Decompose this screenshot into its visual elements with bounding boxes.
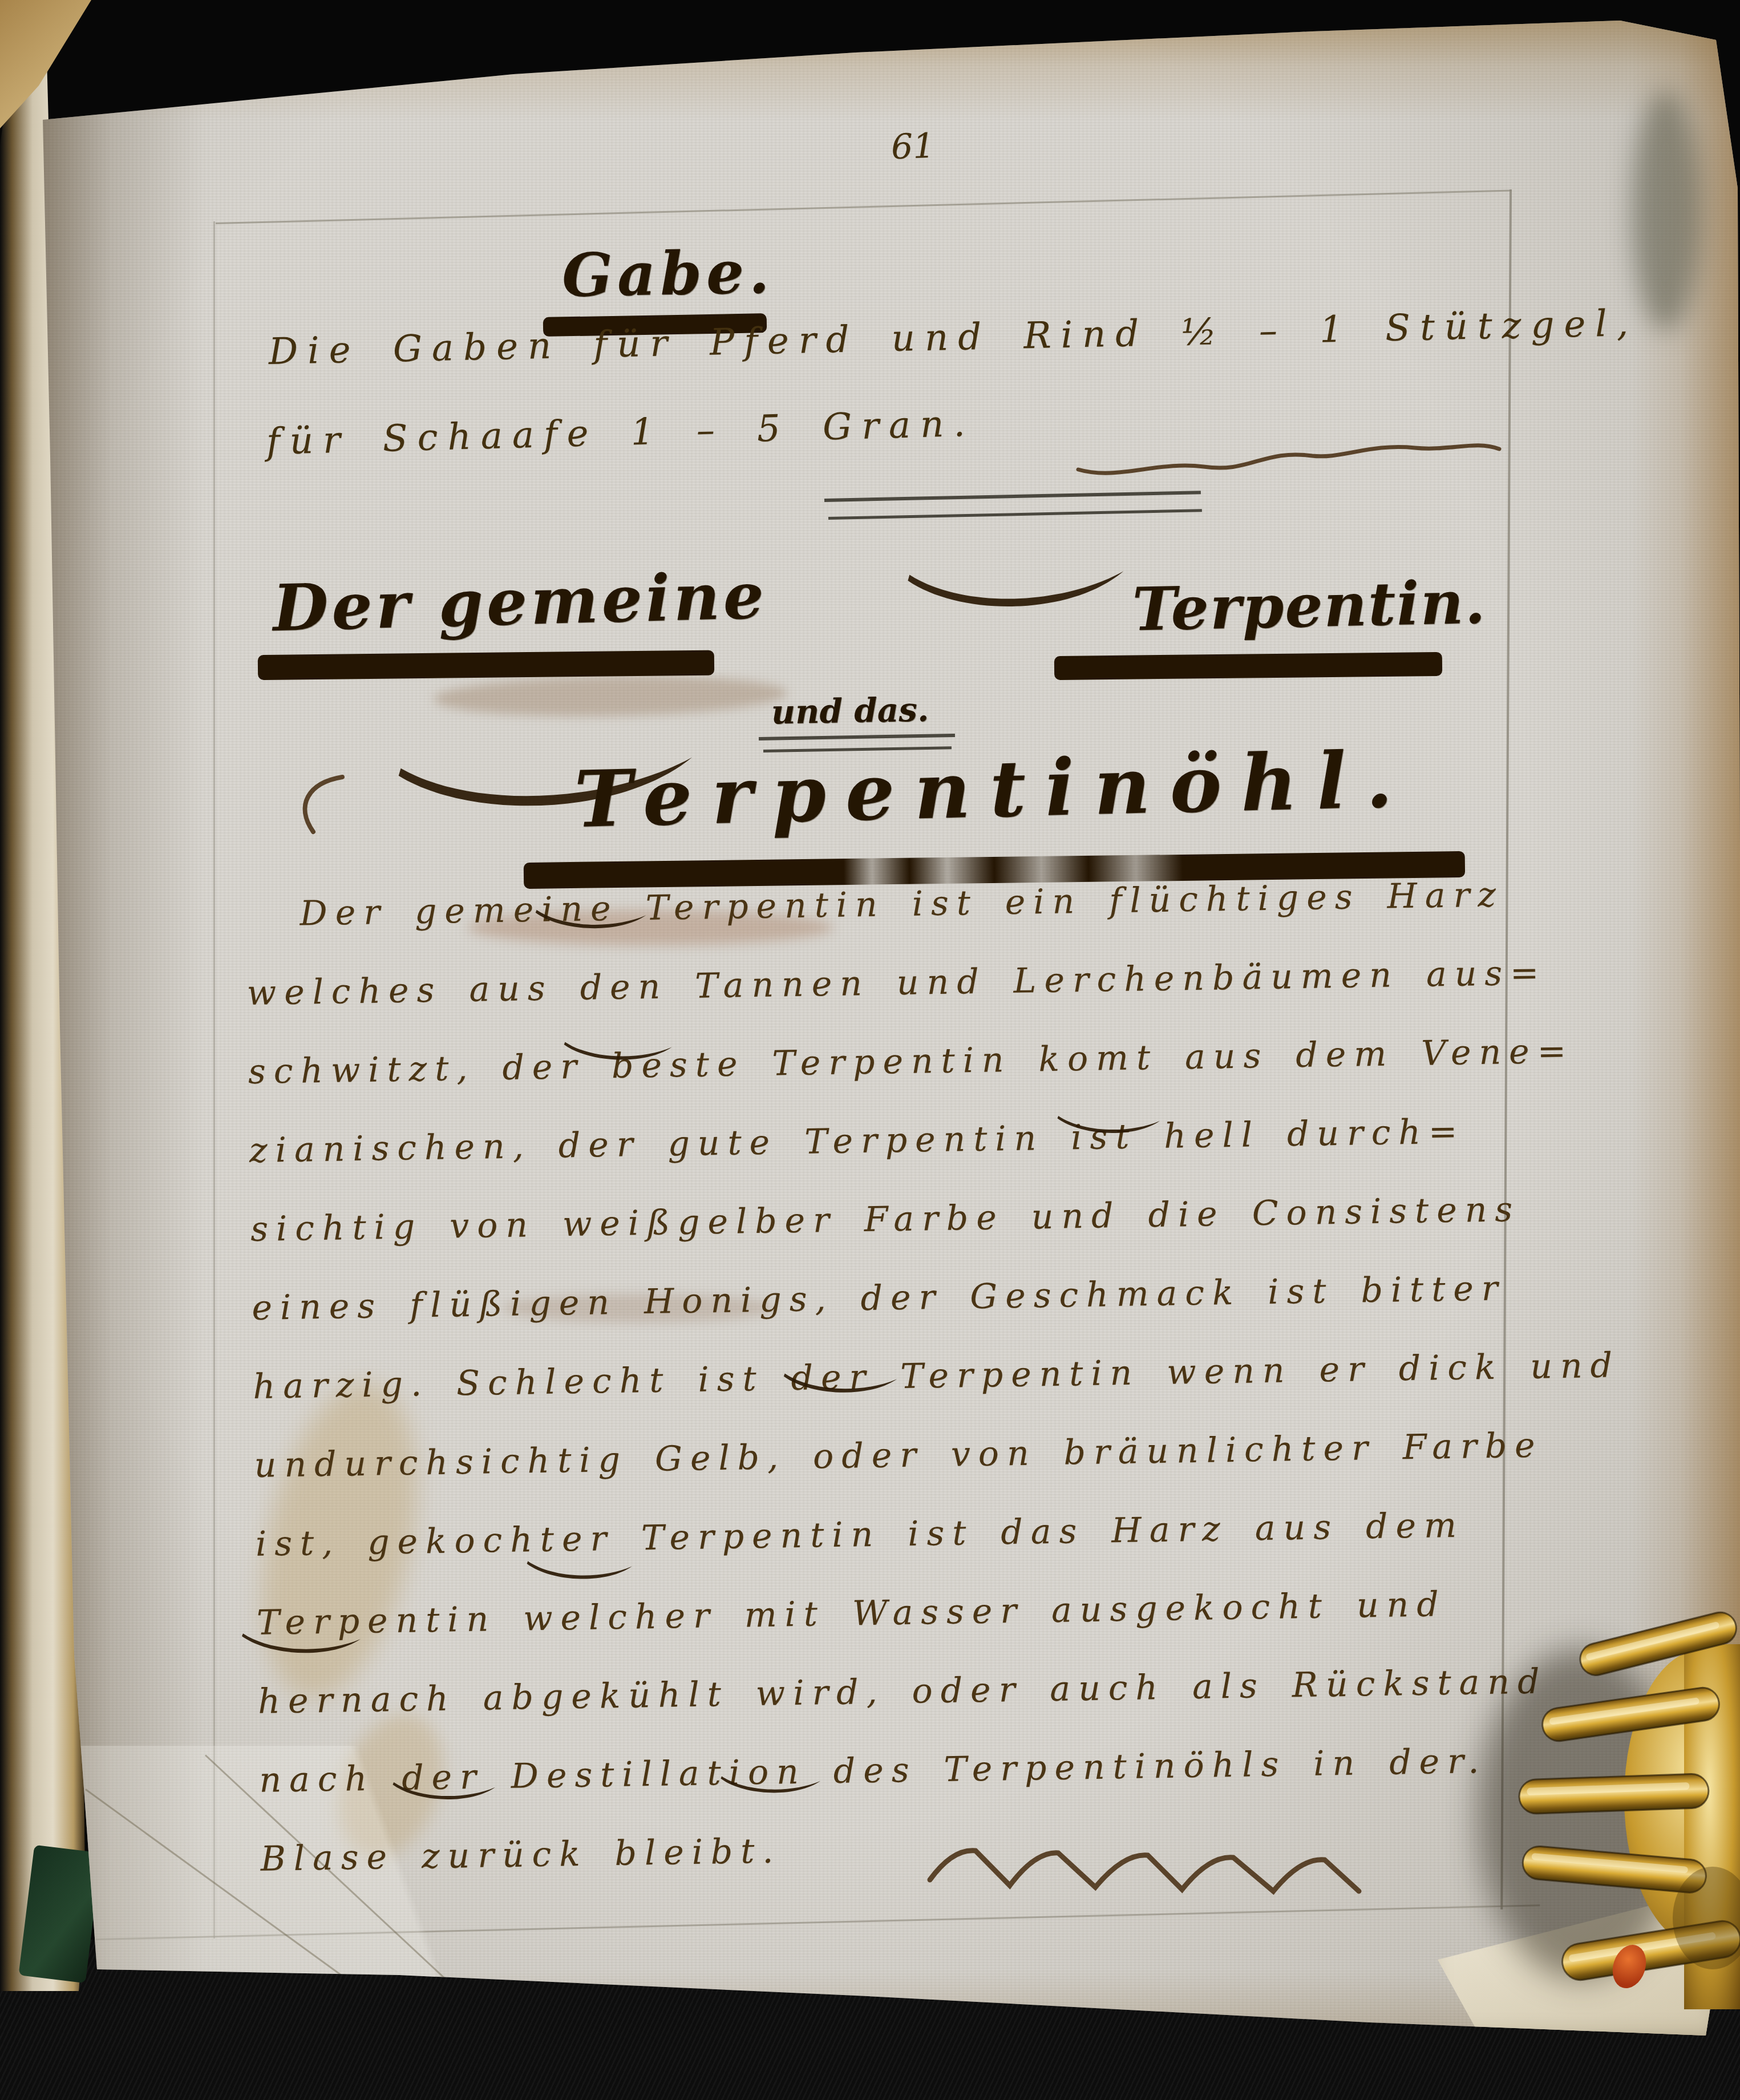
title-terpentin: Terpentin.	[1132, 567, 1487, 645]
ink-swash	[782, 1363, 901, 1400]
ink-swash	[391, 1773, 499, 1806]
zigzag-flourish	[924, 1826, 1398, 1900]
pencil-margin-line	[213, 221, 215, 1939]
ink-swash	[240, 1623, 365, 1661]
ink-underline	[258, 650, 714, 680]
title-connector: und das.	[771, 690, 929, 732]
wavy-flourish	[1073, 425, 1506, 488]
ink-swash	[288, 770, 368, 844]
section-heading-gabe: Gabe.	[561, 237, 774, 310]
ink-swash	[533, 900, 650, 936]
page-number: 61	[891, 126, 936, 168]
ink-swash	[1055, 1107, 1164, 1140]
ink-swash	[902, 539, 1135, 630]
body-text: Der gemeine Terpentin ist ein flüchtiges…	[245, 874, 1568, 1918]
ink-swash	[525, 1552, 636, 1586]
ink-underline	[1054, 652, 1442, 680]
ink-swash	[562, 1033, 676, 1067]
title-der-gemeine: Der gemeine	[272, 559, 768, 646]
photograph-of-manuscript: 61 Gabe. Die Gaben für Pferd und Rind ½ …	[0, 0, 1740, 2100]
ink-swash	[719, 1767, 824, 1799]
